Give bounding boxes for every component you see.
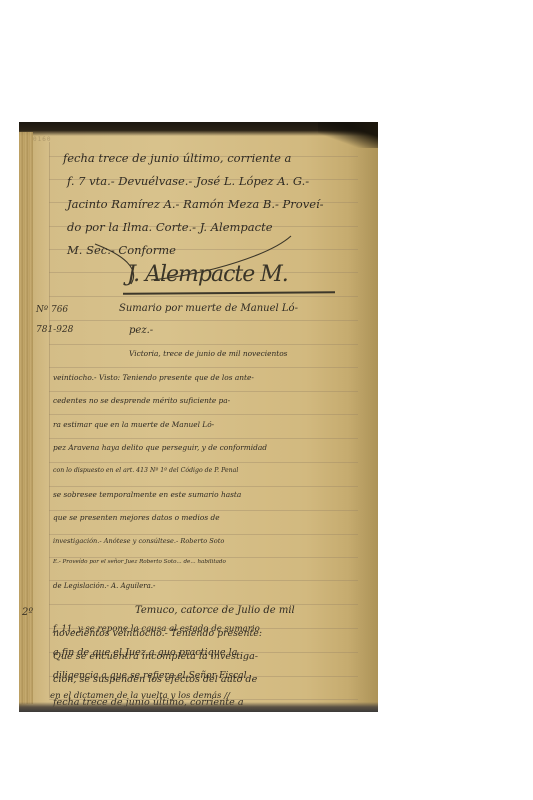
text-line: con lo dispuesto en el art. 413 Nº 1º de… [53,468,238,474]
text-line: en el dictamen de la vuelta y los demás … [50,692,230,701]
text-line: a fin de que el Juez a quo practique la [53,648,237,658]
text-line: Jacinto Ramírez A.- Ramón Meza B.- Prove… [67,199,324,211]
text-line: Victoria, trece de junio de mil novecien… [129,350,287,357]
text-line: investigación.- Anótese y consúltese.- R… [53,538,224,545]
entry-heading: Sumario por muerte de Manuel Ló- [119,304,298,314]
entry-number: 2º [22,607,33,618]
text-line: ra estimar que en la muerte de Manuel Ló… [53,421,214,428]
text-line: E.- Proveído por el señor Juez Roberto S… [53,560,226,566]
text-line: fecha trece de junio último, corriente a [63,153,291,165]
text-line: de Legislación.- A. Aguilera.- [53,583,155,590]
text-line: diligencia a que se refiere el Señor Fis… [53,671,247,680]
text-line: f. 11, y se repone la causa al estado de… [53,625,260,634]
text-line: pez Aravena haya delito que perseguir, y… [53,444,267,451]
photo-top-shadow [19,122,378,136]
text-line: do por la Ilma. Corte.- J. Alempacte [67,222,273,234]
text-line: Temuco, catorce de Julio de mil [135,606,295,616]
text-line: veintiocho.- Visto: Teniendo presente qu… [53,374,254,381]
text-line: cedentes no se desprende mérito suficien… [53,397,230,404]
text-line: f. 7 vta.- Devuélvase.- José L. López A.… [67,176,309,188]
text-line: que se presenten mejores datos o medios … [53,514,220,521]
case-number: Nº 766 [36,305,68,315]
page-stack-edge [19,132,33,704]
entry-heading: pez.- [129,326,153,336]
text-line: se sobresee temporalmente en este sumari… [53,491,241,498]
photo-bottom-shadow [19,702,378,712]
folio-range: 781-928 [36,325,73,335]
signature: J. Alempacte M. [127,262,288,287]
document-viewer: 0160 [0,0,533,800]
